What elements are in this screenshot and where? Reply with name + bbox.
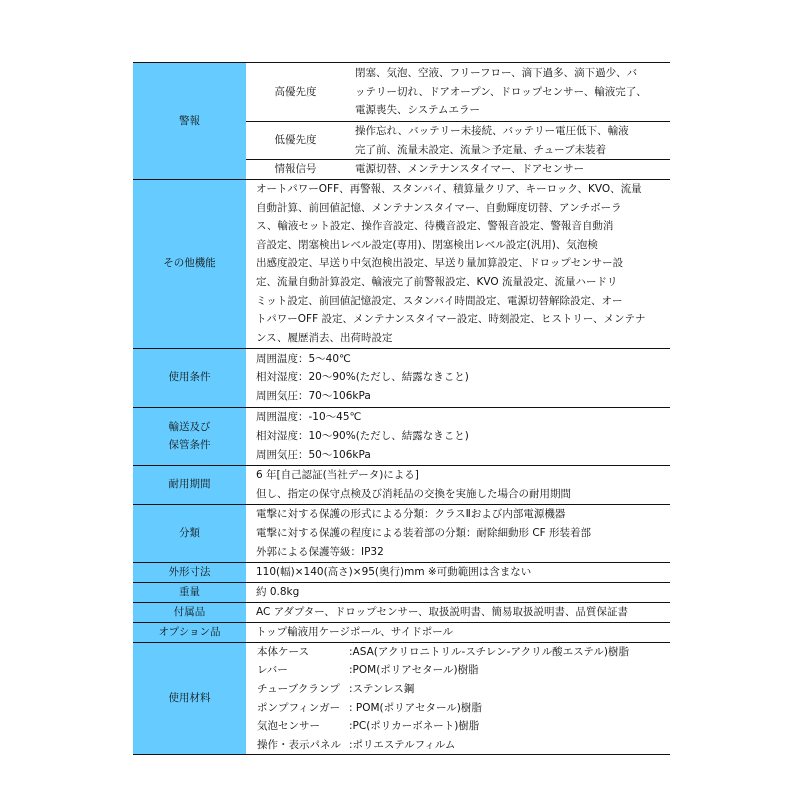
other-functions-value: オートパワーOFF、再警報、スタンバイ、積算量クリア、キーロック、KVO、流量 … [246,179,670,348]
materials-value: 本体ケース :ASA(アクリロニトリル-スチレン-アクリル酸エステル)樹脂 レバ… [246,642,670,755]
operating-conditions-row: 使用条件 周囲温度：5～40℃ 相対湿度：20～90%(ただし、結露なきこと) … [133,348,670,407]
alarm-info-value: 電源切替、メンテナンスタイマー、ドアセンサー [345,160,670,180]
classification-row: 分類 電撃に対する保護の形式による分類：クラスⅡおよび内部電源機器 電撃に対する… [133,504,670,562]
material-item: チューブクランプ :ステンレス鋼 [256,680,664,699]
classification-value: 電撃に対する保護の形式による分類：クラスⅡおよび内部電源機器 電撃に対する保護の… [246,504,670,562]
weight-row: 重量 約 0.8kg [133,582,670,602]
service-life-value: 6 年[自己認証(当社データ)による] 但し、指定の保守点検及び消耗品の交換を実… [246,465,670,504]
category-options: オプション品 [133,622,246,642]
operating-conditions-value: 周囲温度：5～40℃ 相対湿度：20～90%(ただし、結露なきこと) 周囲気圧：… [246,348,670,407]
alarm-info-label: 情報信号 [246,160,345,180]
options-row: オプション品 トップ輸液用ケージポール、サイドポール [133,622,670,642]
material-item: 本体ケース :ASA(アクリロニトリル-スチレン-アクリル酸エステル)樹脂 [256,643,664,662]
transport-storage-value: 周囲温度：-10～45℃ 相対湿度：10～90%(ただし、結露なきこと) 周囲気… [246,407,670,465]
material-item: ポンプフィンガー : POM(ポリアセタール)樹脂 [256,699,664,718]
weight-value: 約 0.8kg [246,582,670,602]
alarm-high-label: 高優先度 [246,63,345,122]
spec-table: 警報 高優先度 閉塞、気泡、空液、フリーフロー、滴下過多、滴下過少、バ ッテリー… [133,62,670,755]
category-weight: 重量 [133,582,246,602]
accessories-value: AC アダプター、ドロップセンサー、取扱説明書、簡易取扱説明書、品質保証書 [246,602,670,622]
category-other-functions: その他機能 [133,179,246,348]
alarm-high-row: 警報 高優先度 閉塞、気泡、空液、フリーフロー、滴下過多、滴下過少、バ ッテリー… [133,63,670,122]
accessories-row: 付属品 AC アダプター、ドロップセンサー、取扱説明書、簡易取扱説明書、品質保証… [133,602,670,622]
service-life-row: 耐用期間 6 年[自己認証(当社データ)による] 但し、指定の保守点検及び消耗品… [133,465,670,504]
transport-storage-row: 輸送及び 保管条件 周囲温度：-10～45℃ 相対湿度：10～90%(ただし、結… [133,407,670,465]
category-dimensions: 外形寸法 [133,562,246,582]
category-alarm: 警報 [133,63,246,180]
materials-row: 使用材料 本体ケース :ASA(アクリロニトリル-スチレン-アクリル酸エステル)… [133,642,670,755]
category-service-life: 耐用期間 [133,465,246,504]
material-item: 操作・表示パネル :ポリエステルフィルム [256,736,664,755]
material-item: 気泡センサー :PC(ポリカーボネート)樹脂 [256,717,664,736]
alarm-high-value: 閉塞、気泡、空液、フリーフロー、滴下過多、滴下過少、バ ッテリー切れ、ドアオープ… [345,63,670,122]
alarm-low-value: 操作忘れ、バッテリー未接続、バッテリー電圧低下、輸液 完了前、流量未設定、流量＞… [345,122,670,160]
category-classification: 分類 [133,504,246,562]
category-transport-storage: 輸送及び 保管条件 [133,407,246,465]
dimensions-row: 外形寸法 110(幅)×140(高さ)×95(奥行)mm ※可動範囲は含まない [133,562,670,582]
category-materials: 使用材料 [133,642,246,755]
options-value: トップ輸液用ケージポール、サイドポール [246,622,670,642]
alarm-low-label: 低優先度 [246,122,345,160]
dimensions-value: 110(幅)×140(高さ)×95(奥行)mm ※可動範囲は含まない [246,562,670,582]
category-accessories: 付属品 [133,602,246,622]
category-operating-conditions: 使用条件 [133,348,246,407]
material-item: レバー :POM(ポリアセタール)樹脂 [256,661,664,680]
other-functions-row: その他機能 オートパワーOFF、再警報、スタンバイ、積算量クリア、キーロック、K… [133,179,670,348]
